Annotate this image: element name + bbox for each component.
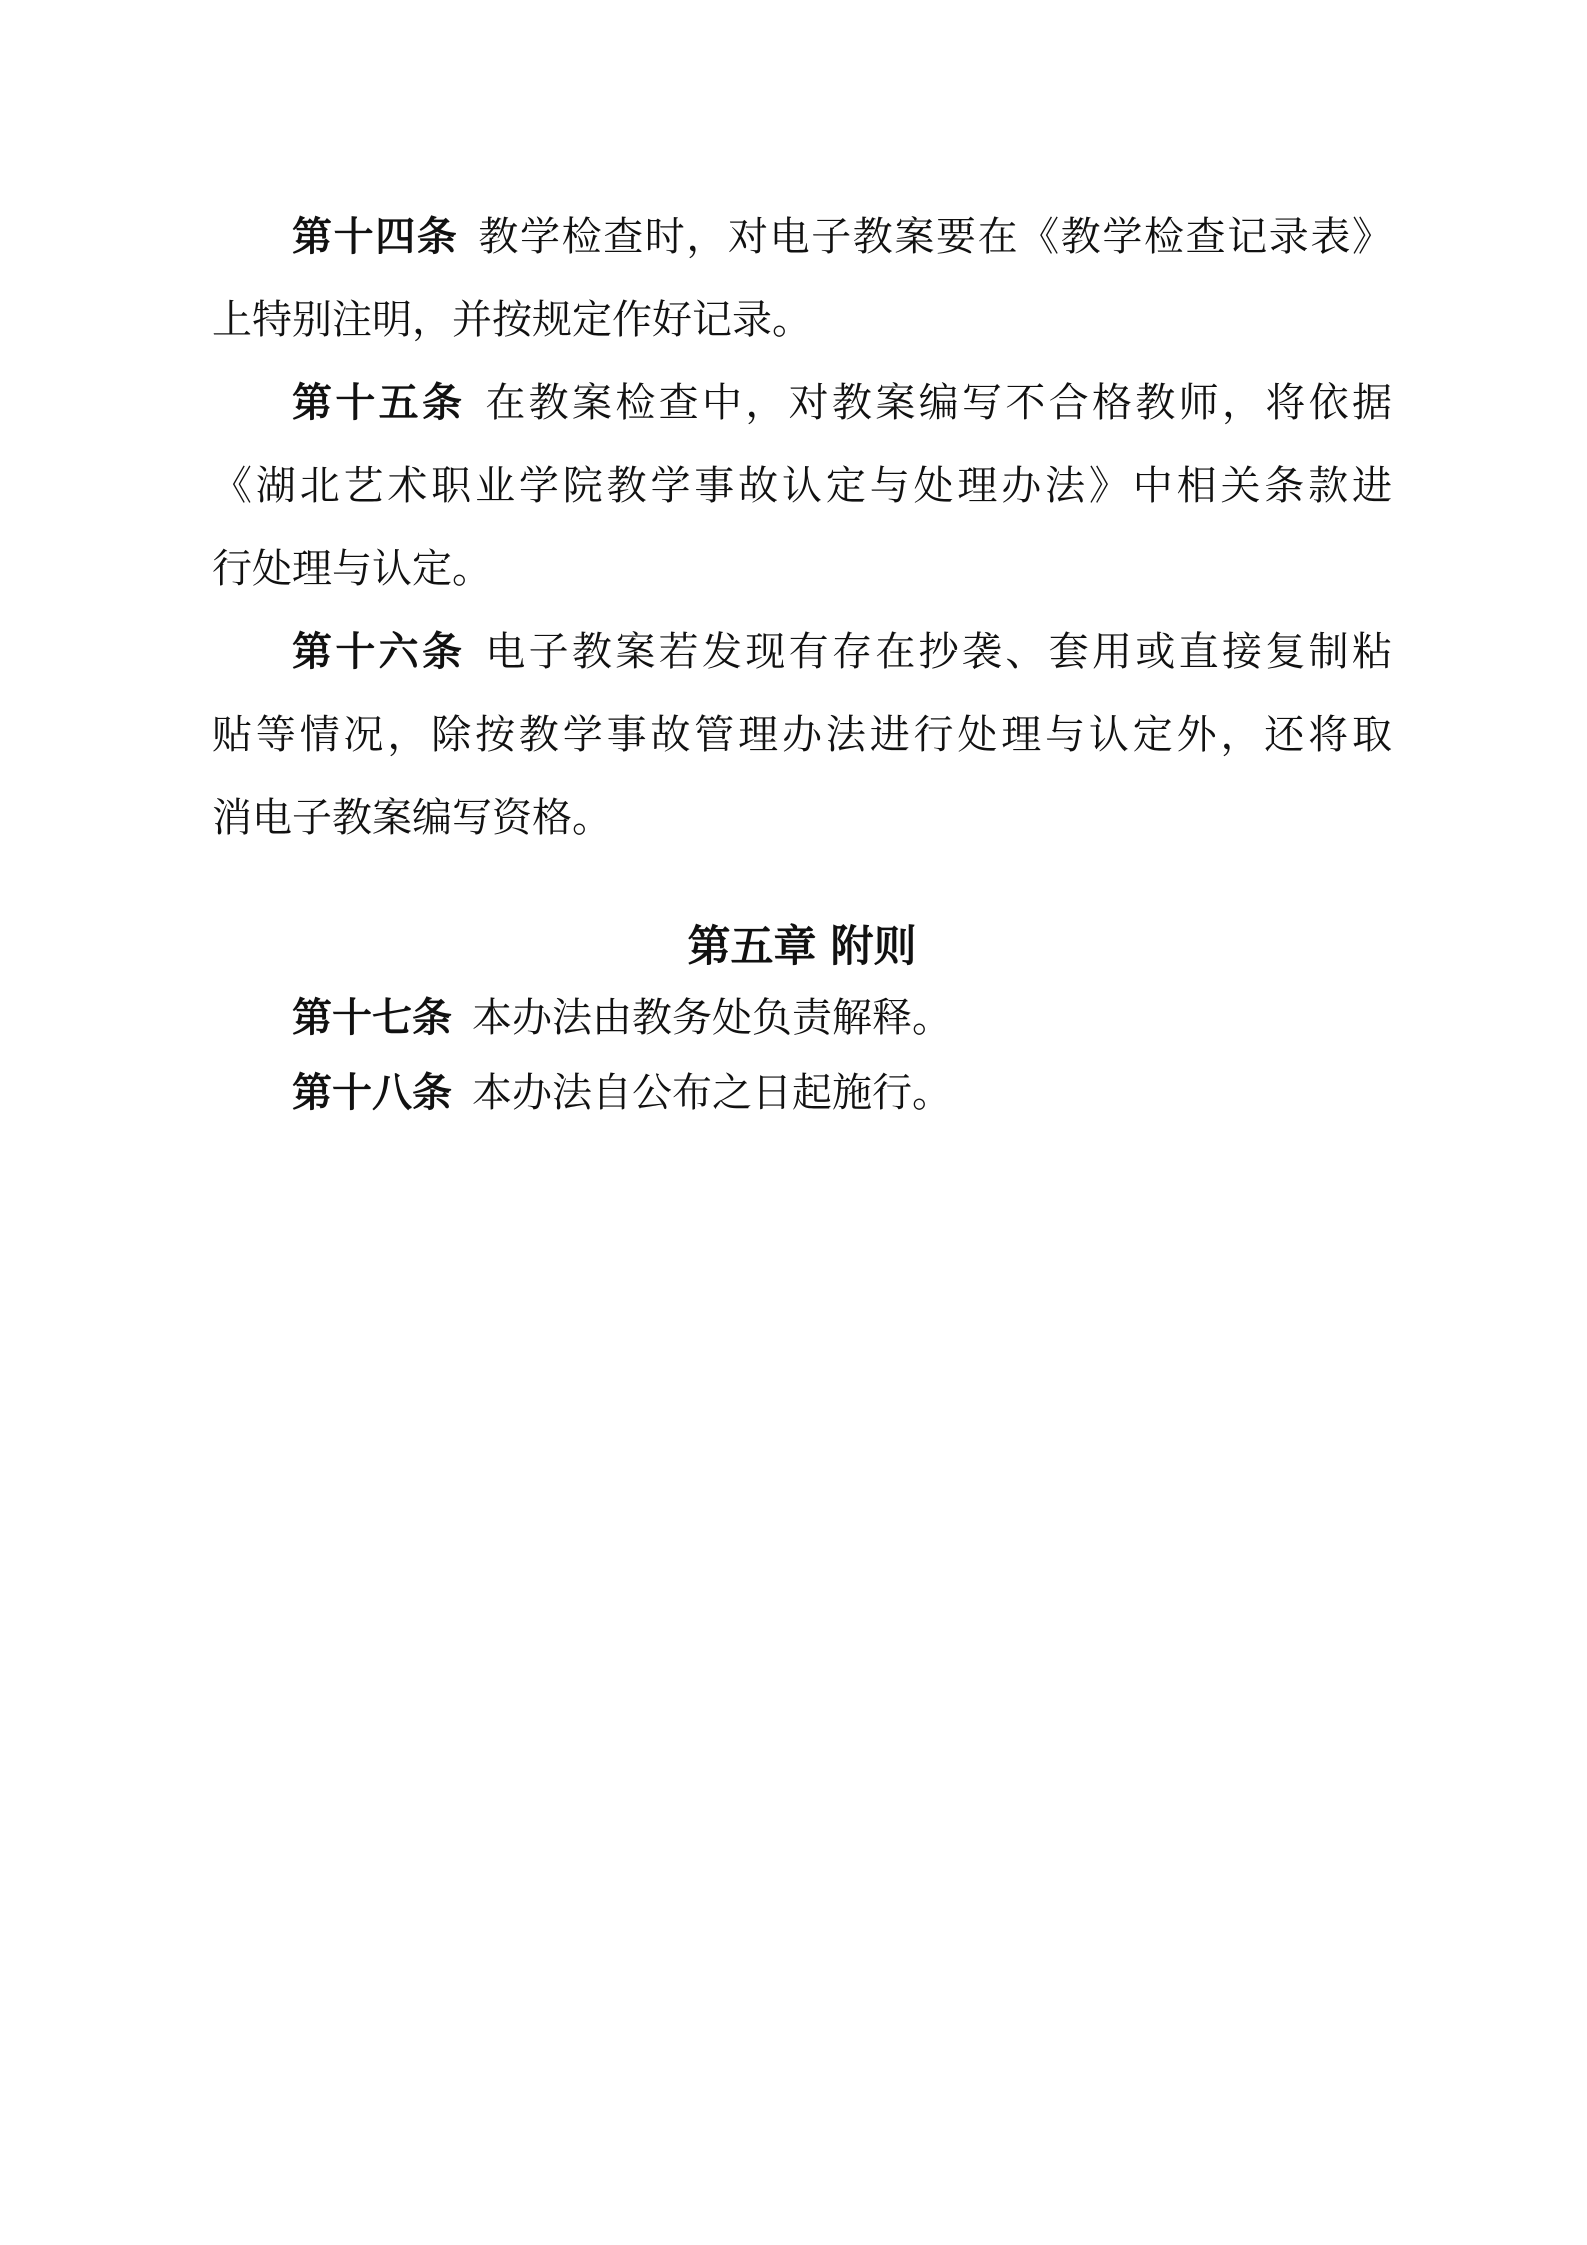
document-content: 第十四条教学检查时，对电子教案要在《教学检查记录表》 上特别注明，并按规定作好记… <box>0 0 1587 1130</box>
article-14-line-1: 第十四条教学检查时，对电子教案要在《教学检查记录表》 <box>212 195 1392 278</box>
article-17-number: 第十七条 <box>292 995 452 1040</box>
article-15-line-2: 《湖北艺术职业学院教学事故认定与处理办法》中相关条款进 <box>212 444 1392 527</box>
article-18-number: 第十八条 <box>292 1070 452 1115</box>
chapter-number: 第五章 <box>688 923 817 971</box>
document-page: 第十四条教学检查时，对电子教案要在《教学检查记录表》 上特别注明，并按规定作好记… <box>0 0 1587 2245</box>
article-18-line-1: 第十八条本办法自公布之日起施行。 <box>212 1055 1392 1130</box>
article-14-paragraph: 第十四条教学检查时，对电子教案要在《教学检查记录表》 上特别注明，并按规定作好记… <box>212 195 1392 361</box>
article-14-line-2: 上特别注明，并按规定作好记录。 <box>212 278 1392 361</box>
article-17-line-1-text: 本办法由教务处负责解释。 <box>472 995 952 1040</box>
article-16-line-1: 第十六条电子教案若发现有存在抄袭、套用或直接复制粘 <box>212 610 1392 693</box>
article-17-line-1: 第十七条本办法由教务处负责解释。 <box>212 980 1392 1055</box>
article-16-line-1-text: 电子教案若发现有存在抄袭、套用或直接复制粘 <box>485 629 1392 674</box>
article-15-line-1-text: 在教案检查中，对教案编写不合格教师，将依据 <box>485 380 1392 425</box>
article-15-line-3: 行处理与认定。 <box>212 527 1392 610</box>
article-16-paragraph: 第十六条电子教案若发现有存在抄袭、套用或直接复制粘 贴等情况，除按教学事故管理办… <box>212 610 1392 859</box>
chapter-heading: 第五章附则 <box>212 916 1392 978</box>
article-15-line-1: 第十五条在教案检查中，对教案编写不合格教师，将依据 <box>212 361 1392 444</box>
chapter-title: 附则 <box>831 923 917 971</box>
article-16-line-3: 消电子教案编写资格。 <box>212 776 1392 859</box>
article-15-number: 第十五条 <box>292 380 465 425</box>
article-18-paragraph: 第十八条本办法自公布之日起施行。 <box>212 1055 1392 1130</box>
article-17-paragraph: 第十七条本办法由教务处负责解释。 <box>212 980 1392 1055</box>
article-16-line-2: 贴等情况，除按教学事故管理办法进行处理与认定外，还将取 <box>212 693 1392 776</box>
article-14-number: 第十四条 <box>292 214 458 259</box>
article-14-line-1-text: 教学检查时，对电子教案要在《教学检查记录表》 <box>478 214 1392 259</box>
article-18-line-1-text: 本办法自公布之日起施行。 <box>472 1070 952 1115</box>
article-15-paragraph: 第十五条在教案检查中，对教案编写不合格教师，将依据 《湖北艺术职业学院教学事故认… <box>212 361 1392 610</box>
article-16-number: 第十六条 <box>292 629 465 674</box>
